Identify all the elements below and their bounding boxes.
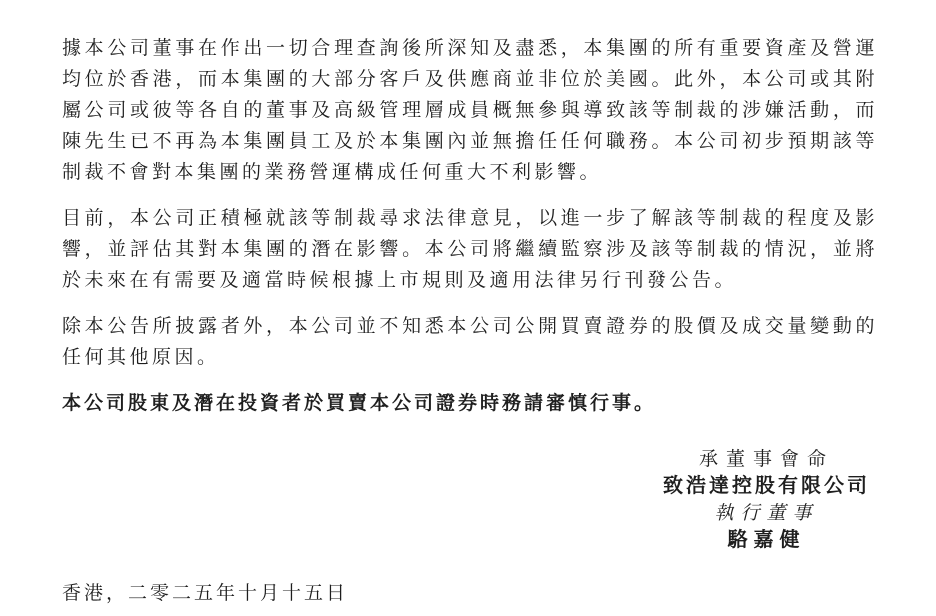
signatory-name: 駱嘉健 — [663, 527, 870, 554]
announcement-page: 據本公司董事在作出一切合理查詢後所深知及盡悉，本集團的所有重要資產及營運均位於香… — [0, 0, 936, 616]
paragraph-legal-advice-statement: 目前，本公司正積極就該等制裁尋求法律意見，以進一步了解該等制裁的程度及影響，並評… — [62, 203, 878, 296]
paragraph-sanctions-assets-statement: 據本公司董事在作出一切合理查詢後所深知及盡悉，本集團的所有重要資產及營運均位於香… — [62, 33, 878, 188]
signature-block: 承董事會命 致浩達控股有限公司 執行董事 駱嘉健 — [663, 446, 870, 554]
company-name: 致浩達控股有限公司 — [663, 473, 870, 500]
paragraph-no-other-reasons-statement: 除本公告所披露者外，本公司並不知悉本公司公開買賣證券的股價及成交量變動的任何其他… — [62, 311, 878, 373]
by-order-of-the-board: 承董事會命 — [663, 446, 870, 473]
place-and-date-line: 香港，二零二五年十月十五日 — [62, 578, 878, 609]
paragraph-shareholder-caution-statement: 本公司股東及潛在投資者於買賣本公司證券時務請審慎行事。 — [62, 388, 878, 419]
signatory-title: 執行董事 — [663, 500, 870, 527]
